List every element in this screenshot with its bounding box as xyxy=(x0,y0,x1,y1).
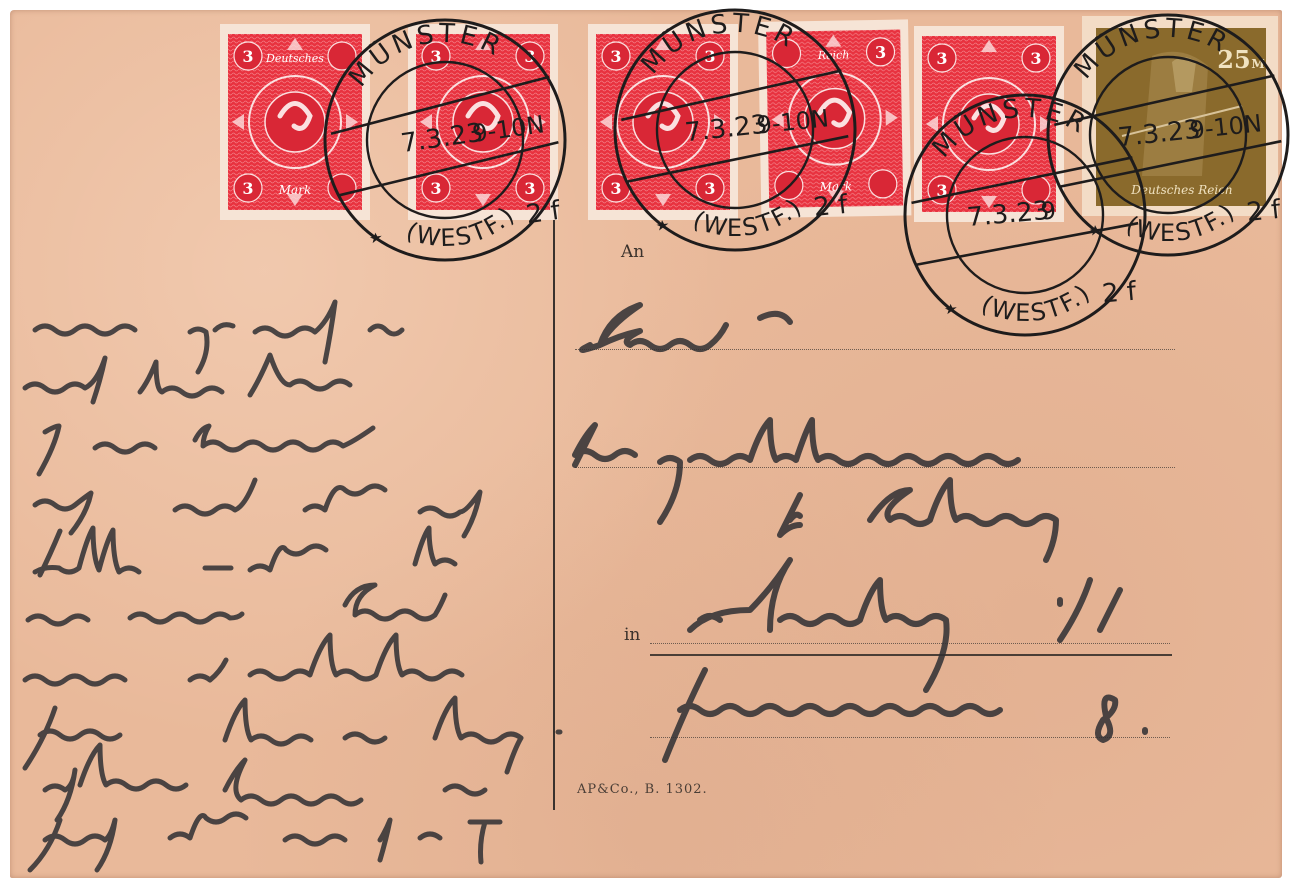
address-line-2 xyxy=(575,467,1175,468)
message-line: Wenn ich es einrichten xyxy=(35,305,337,335)
svg-text:3: 3 xyxy=(610,179,621,198)
message-line: noch und aber nicht xyxy=(35,480,300,510)
stamp-3-mark-4: 3 Reich Mark xyxy=(758,19,911,218)
stamp-3-mark-3: 3 3 3 3 xyxy=(588,24,738,220)
address-city: Arnsberg i/W xyxy=(690,585,918,625)
svg-text:Mark: Mark xyxy=(278,183,311,197)
svg-text:3: 3 xyxy=(242,47,253,66)
place-underline xyxy=(650,654,1172,656)
address-line-occupation: Oberzugschaffnerswitwe xyxy=(575,425,953,460)
publisher-imprint: AP&Co., B. 1302. xyxy=(577,782,708,797)
svg-text:3: 3 xyxy=(704,179,715,198)
address-line-3 xyxy=(650,643,1170,644)
message-line: machen kann, schreibe xyxy=(25,362,331,392)
svg-text:3: 3 xyxy=(610,47,621,66)
svg-text:Deutsches Reich: Deutsches Reich xyxy=(1130,183,1232,197)
message-line: der vielen Arbeit xyxy=(28,595,250,625)
message-line: Kaffee - aber bei xyxy=(35,540,253,570)
svg-text:3: 3 xyxy=(704,47,715,66)
center-divider xyxy=(553,220,555,810)
svg-text:3: 3 xyxy=(430,179,441,198)
svg-text:25: 25 xyxy=(1217,45,1250,74)
address-line-name: F. Schäfer xyxy=(790,490,943,525)
place-prefix-label: in xyxy=(624,625,640,645)
message-line: ich am Sonnabend xyxy=(40,420,284,450)
svg-text:3: 3 xyxy=(430,47,441,66)
stamp-3-mark-1: 3 3 Deutsches Mark xyxy=(220,24,370,220)
svg-text:3: 3 xyxy=(524,47,535,66)
address-line-title: Frau xyxy=(590,310,662,345)
svg-text:3: 3 xyxy=(936,181,947,200)
svg-text:3: 3 xyxy=(524,179,535,198)
svg-text:M: M xyxy=(1251,57,1264,71)
recipient-prefix-label: An xyxy=(621,242,644,262)
svg-text:Deutsches: Deutsches xyxy=(265,52,324,65)
message-line: muss ich erst schauen xyxy=(25,655,318,685)
address-street: Promenade 8. xyxy=(665,690,876,725)
address-line-4 xyxy=(650,737,1170,738)
svg-text:3: 3 xyxy=(1030,49,1041,68)
stamp-25-mark: 25 M Deutsches Reich xyxy=(1082,16,1278,216)
svg-text:3: 3 xyxy=(936,49,947,68)
svg-text:Mark: Mark xyxy=(819,179,853,194)
message-line: euch alle dein ... Fritz xyxy=(40,815,329,845)
svg-text:3: 3 xyxy=(875,43,886,62)
svg-text:3: 3 xyxy=(242,179,253,198)
message-line: herzlichen Grüßen an xyxy=(35,765,322,795)
message-line: sehen. Und die herzl. xyxy=(30,710,311,740)
stamp-3-mark-5: 3 3 3 xyxy=(914,26,1064,222)
stamp-3-mark-2: 3 3 3 3 xyxy=(408,24,558,220)
address-line-1 xyxy=(575,349,1175,350)
svg-text:Reich: Reich xyxy=(817,48,850,62)
stamps-strip: 3 3 Deutsches Mark 3 3 3 3 3 3 3 3 3 Rei… xyxy=(200,14,1290,244)
